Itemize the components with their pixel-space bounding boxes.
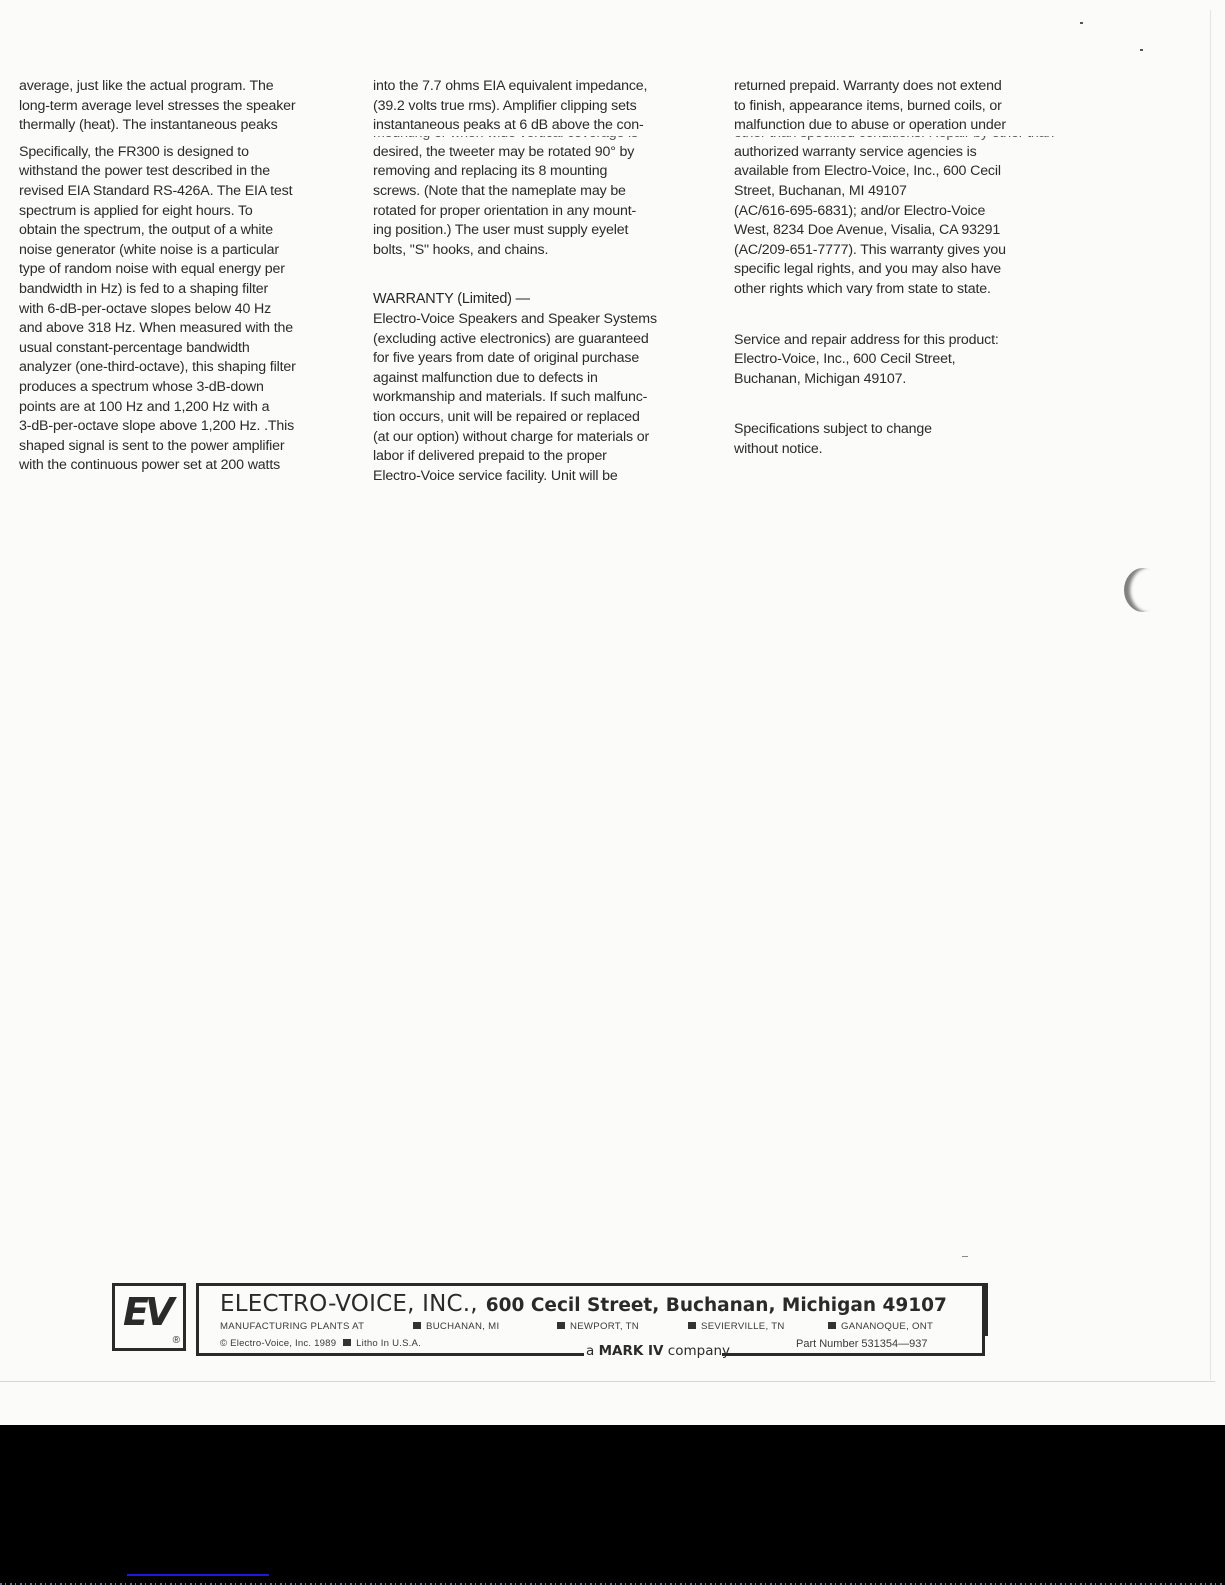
text-line: produces a spectrum whose 3-dB-down: [19, 378, 349, 398]
text-line: Electro-Voice, Inc., 600 Cecil Street,: [734, 350, 1064, 370]
footer-border-right: [982, 1283, 985, 1356]
text-line: tion occurs, unit will be repaired or re…: [373, 408, 703, 428]
mark-iv-tagline: a MARK IV company: [586, 1343, 730, 1359]
text-line: for five years from date of original pur…: [373, 349, 703, 369]
text-line: without notice.: [734, 440, 1064, 460]
text-line: returned prepaid. Warranty does not exte…: [734, 77, 1064, 97]
square-bullet-icon: [828, 1322, 836, 1329]
scan-speck: [1140, 49, 1143, 51]
text-line: Service and repair address for this prod…: [734, 331, 1064, 351]
footer-border-left: [196, 1283, 199, 1356]
copyright-text: © Electro-Voice, Inc. 1989: [220, 1338, 336, 1349]
square-bullet-icon: [688, 1322, 696, 1329]
text-line: (at our option) without charge for mater…: [373, 428, 703, 448]
text-line: and above 318 Hz. When measured with the: [19, 319, 349, 339]
text-line: type of random noise with equal energy p…: [19, 260, 349, 280]
text-line: obtain the spectrum, the output of a whi…: [19, 221, 349, 241]
text-line: Buchanan, Michigan 49107.: [734, 370, 1064, 390]
text-line: West, 8234 Doe Avenue, Visalia, CA 93291: [734, 221, 1064, 241]
text-line: with 6-dB-per-octave slopes below 40 Hz: [19, 300, 349, 320]
text-line: workmanship and materials. If such malfu…: [373, 388, 703, 408]
plant-item: NEWPORT, TN: [557, 1321, 639, 1332]
paragraph-service-agencies: authorized warranty service agencies is …: [734, 143, 1064, 300]
paragraph-power-intro: average, just like the actual program. T…: [19, 77, 349, 136]
ev-logo: EV ®: [112, 1283, 186, 1351]
text-line: spectrum is applied for eight hours. To: [19, 202, 349, 222]
text-line: points are at 100 Hz and 1,200 Hz with a: [19, 398, 349, 418]
text-line: specific legal rights, and you may also …: [734, 260, 1064, 280]
cropped-text-line: other than specified conditions. Repair …: [734, 136, 1064, 142]
plants-label: MANUFACTURING PLANTS AT: [220, 1321, 364, 1332]
warranty-section: WARRANTY (Limited) — Electro-Voice Speak…: [373, 290, 703, 486]
text-line: to finish, appearance items, burned coil…: [734, 97, 1064, 117]
paragraph-power-test: Specifically, the FR300 is designed to w…: [19, 143, 349, 476]
text-line: Electro-Voice Speakers and Speaker Syste…: [373, 310, 703, 330]
scan-speck: [962, 1256, 968, 1257]
text-line: shaped signal is sent to the power ampli…: [19, 437, 349, 457]
text-line: into the 7.7 ohms EIA equivalent impedan…: [373, 77, 703, 97]
text-line: (39.2 volts true rms). Amplifier clippin…: [373, 97, 703, 117]
text-line: with the continuous power set at 200 wat…: [19, 456, 349, 476]
page-edge-bottom: [0, 1381, 1215, 1382]
paragraph-specs-note: Specifications subject to change without…: [734, 420, 1064, 459]
text-line: other rights which vary from state to st…: [734, 280, 1064, 300]
paragraph-warranty-exclusions: returned prepaid. Warranty does not exte…: [734, 77, 1064, 136]
logo-text: EV: [123, 1292, 170, 1332]
square-bullet-icon: [343, 1339, 351, 1346]
text-line: removing and replacing its 8 mounting: [373, 162, 703, 182]
text-column-3: returned prepaid. Warranty does not exte…: [734, 77, 1064, 460]
registered-mark-icon: ®: [173, 1335, 180, 1346]
viewer-background: [0, 1425, 1225, 1585]
text-line: bolts, "S" hooks, and chains.: [373, 241, 703, 261]
text-line: malfunction due to abuse or operation un…: [734, 116, 1064, 136]
text-line: authorized warranty service agencies is: [734, 143, 1064, 163]
plant-item: BUCHANAN, MI: [413, 1321, 499, 1332]
text-line: (AC/616-695-6831); and/or Electro-Voice: [734, 202, 1064, 222]
square-bullet-icon: [413, 1322, 421, 1329]
text-line: noise generator (white noise is a partic…: [19, 241, 349, 261]
paragraph-mounting: desired, the tweeter may be rotated 90° …: [373, 143, 703, 261]
text-line: revised EIA Standard RS-426A. The EIA te…: [19, 182, 349, 202]
footer-border-bottom-left: [196, 1353, 584, 1356]
text-line: desired, the tweeter may be rotated 90° …: [373, 143, 703, 163]
square-bullet-icon: [557, 1322, 565, 1329]
paragraph-service-address: Service and repair address for this prod…: [734, 331, 1064, 390]
text-line: usual constant-percentage bandwidth: [19, 339, 349, 359]
text-line: long-term average level stresses the spe…: [19, 97, 349, 117]
text-column-1: average, just like the actual program. T…: [19, 77, 349, 476]
text-line: Specifications subject to change: [734, 420, 1064, 440]
scroll-indicator[interactable]: [127, 1574, 269, 1576]
text-line: analyzer (one-third-octave), this shapin…: [19, 358, 349, 378]
paragraph-impedance: into the 7.7 ohms EIA equivalent impedan…: [373, 77, 703, 136]
warranty-heading: WARRANTY (Limited) —: [373, 290, 703, 310]
footer-border-bottom-right: [722, 1353, 985, 1356]
text-line: Street, Buchanan, MI 49107: [734, 182, 1064, 202]
text-line: available from Electro-Voice, Inc., 600 …: [734, 162, 1064, 182]
text-line: screws. (Note that the nameplate may be: [373, 182, 703, 202]
text-line: bandwidth in Hz) is fed to a shaping fil…: [19, 280, 349, 300]
text-line: withstand the power test described in th…: [19, 162, 349, 182]
company-heading: ELECTRO-VOICE, INC.,600 Cecil Street, Bu…: [220, 1291, 947, 1317]
text-line: Specifically, the FR300 is designed to: [19, 143, 349, 163]
plant-item: SEVIERVILLE, TN: [688, 1321, 785, 1332]
text-line: rotated for proper orientation in any mo…: [373, 202, 703, 222]
mark-iv-name: MARK IV: [599, 1343, 664, 1359]
text-line: Electro-Voice service facility. Unit wil…: [373, 467, 703, 487]
page-edge-right: [1210, 10, 1211, 1380]
text-line: thermally (heat). The instantaneous peak…: [19, 116, 349, 136]
company-name: ELECTRO-VOICE, INC.,: [220, 1291, 478, 1317]
text-line: instantaneous peaks at 6 dB above the co…: [373, 116, 703, 136]
part-number: Part Number 531354—937: [796, 1338, 927, 1350]
scan-speck: [1080, 22, 1083, 24]
text-line: (excluding active electronics) are guara…: [373, 330, 703, 350]
company-address: 600 Cecil Street, Buchanan, Michigan 491…: [486, 1295, 947, 1316]
text-line: 3-dB-per-octave slope above 1,200 Hz. .T…: [19, 417, 349, 437]
text-line: labor if delivered prepaid to the proper: [373, 447, 703, 467]
scan-artifact-crescent: [1124, 568, 1162, 612]
text-line: average, just like the actual program. T…: [19, 77, 349, 97]
text-line: (AC/209-651-7777). This warranty gives y…: [734, 241, 1064, 261]
copyright-line: © Electro-Voice, Inc. 1989 Litho In U.S.…: [220, 1338, 421, 1349]
cropped-text-line: mounting or when wide vertical coverage …: [373, 136, 703, 142]
text-column-2: into the 7.7 ohms EIA equivalent impedan…: [373, 77, 703, 486]
document-page: average, just like the actual program. T…: [0, 0, 1225, 1425]
text-line: ing position.) The user must supply eyel…: [373, 221, 703, 241]
litho-text: Litho In U.S.A.: [356, 1338, 421, 1349]
plant-item: GANANOQUE, ONT: [828, 1321, 933, 1332]
text-line: against malfunction due to defects in: [373, 369, 703, 389]
